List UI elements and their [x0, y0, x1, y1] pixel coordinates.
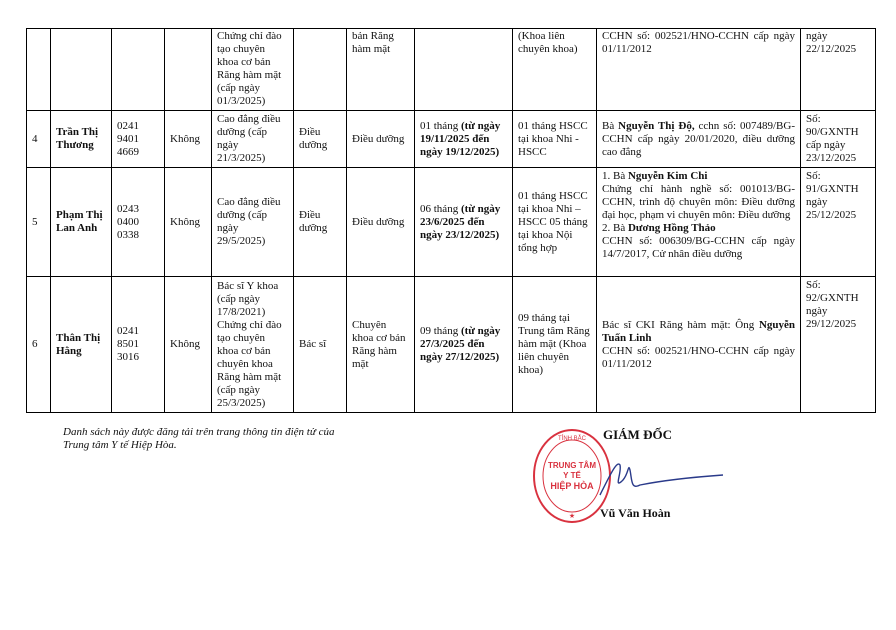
row-number: 4	[27, 111, 51, 168]
place-cell: 09 tháng tại Trung tâm Răng hàm mặt (Kho…	[513, 277, 597, 413]
confirmation-cell: Số: 91/GXNTH ngày 25/12/2025	[801, 168, 876, 277]
id-number: 0243 0400 0338	[112, 168, 165, 277]
practice-registration-table: Chứng chỉ đào tạo chuyên khoa cơ bản Răn…	[26, 28, 876, 413]
id-number: 0241 8501 3016	[112, 277, 165, 413]
position-cell: Điều dưỡng	[294, 168, 347, 277]
place-cell: 01 tháng HSCC tại khoa Nhi – HSCC 05 thá…	[513, 168, 597, 277]
supervisor-cell: CCHN số: 002521/HNO-CCHN cấp ngày 01/11/…	[597, 29, 801, 111]
position-cell: Điều dưỡng	[294, 111, 347, 168]
person-name: Trần Thị Thương	[51, 111, 112, 168]
row-number: 5	[27, 168, 51, 277]
signer-name: Vũ Văn Hoàn	[600, 506, 670, 521]
qualification-cell: Bác sĩ Y khoa (cấp ngày 17/8/2021) Chứng…	[212, 277, 294, 413]
qualification-cell: Cao đẳng điều dưỡng (cấp ngày 21/3/2025)	[212, 111, 294, 168]
place-cell: (Khoa liên chuyên khoa)	[513, 29, 597, 111]
scope-cell: bản Răng hàm mặt	[347, 29, 415, 111]
confirmation-cell: Số: 92/GXNTH ngày 29/12/2025	[801, 277, 876, 413]
svg-text:HIỆP HÒA: HIỆP HÒA	[550, 480, 594, 491]
duration-cell: 01 tháng (từ ngày 19/11/2025 đến ngày 19…	[415, 111, 513, 168]
supervisor-cell: Bác sĩ CKI Răng hàm mặt: Ông Nguyễn Tuấn…	[597, 277, 801, 413]
scope-cell: Điều dưỡng	[347, 111, 415, 168]
qualification-cell: Cao đẳng điều dưỡng (cấp ngày 29/5/2025)	[212, 168, 294, 277]
supervisor-cell: Bà Nguyễn Thị Độ, cchn số: 007489/BG-CCH…	[597, 111, 801, 168]
table-row: 4 Trần Thị Thương 0241 9401 4669 Không C…	[27, 111, 876, 168]
id-number: 0241 9401 4669	[112, 111, 165, 168]
scope-cell: Điều dưỡng	[347, 168, 415, 277]
svg-text:★: ★	[569, 512, 575, 520]
duration-cell: 09 tháng (từ ngày 27/3/2025 đến ngày 27/…	[415, 277, 513, 413]
place-cell: 01 tháng HSCC tại khoa Nhi - HSCC	[513, 111, 597, 168]
qualification-cell: Chứng chỉ đào tạo chuyên khoa cơ bản Răn…	[212, 29, 294, 111]
signer-title: GIÁM ĐỐC	[603, 427, 672, 443]
table-row: 5 Phạm Thị Lan Anh 0243 0400 0338 Không …	[27, 168, 876, 277]
signature-icon	[595, 455, 725, 505]
position-cell: Bác sĩ	[294, 277, 347, 413]
duration-cell: 06 tháng (từ ngày 23/6/2025 đến ngày 23/…	[415, 168, 513, 277]
row-number: 6	[27, 277, 51, 413]
table-row: Chứng chỉ đào tạo chuyên khoa cơ bản Răn…	[27, 29, 876, 111]
person-name: Phạm Thị Lan Anh	[51, 168, 112, 277]
confirmation-cell: ngày 22/12/2025	[801, 29, 876, 111]
svg-text:TRUNG TÂM: TRUNG TÂM	[548, 461, 596, 470]
svg-text:TỈNH BẮC: TỈNH BẮC	[558, 434, 587, 442]
scope-cell: Chuyên khoa cơ bản Răng hàm mặt	[347, 277, 415, 413]
confirmation-cell: Số: 90/GXNTH cấp ngày 23/12/2025	[801, 111, 876, 168]
svg-text:Y TẾ: Y TẾ	[563, 470, 581, 480]
person-name: Thân Thị Hằng	[51, 277, 112, 413]
table-row: 6 Thân Thị Hằng 0241 8501 3016 Không Bác…	[27, 277, 876, 413]
supervisor-cell: 1. Bà Nguyễn Kim Chi Chứng chỉ hành nghề…	[597, 168, 801, 277]
publication-note: Danh sách này được đăng tải trên trang t…	[63, 426, 334, 452]
